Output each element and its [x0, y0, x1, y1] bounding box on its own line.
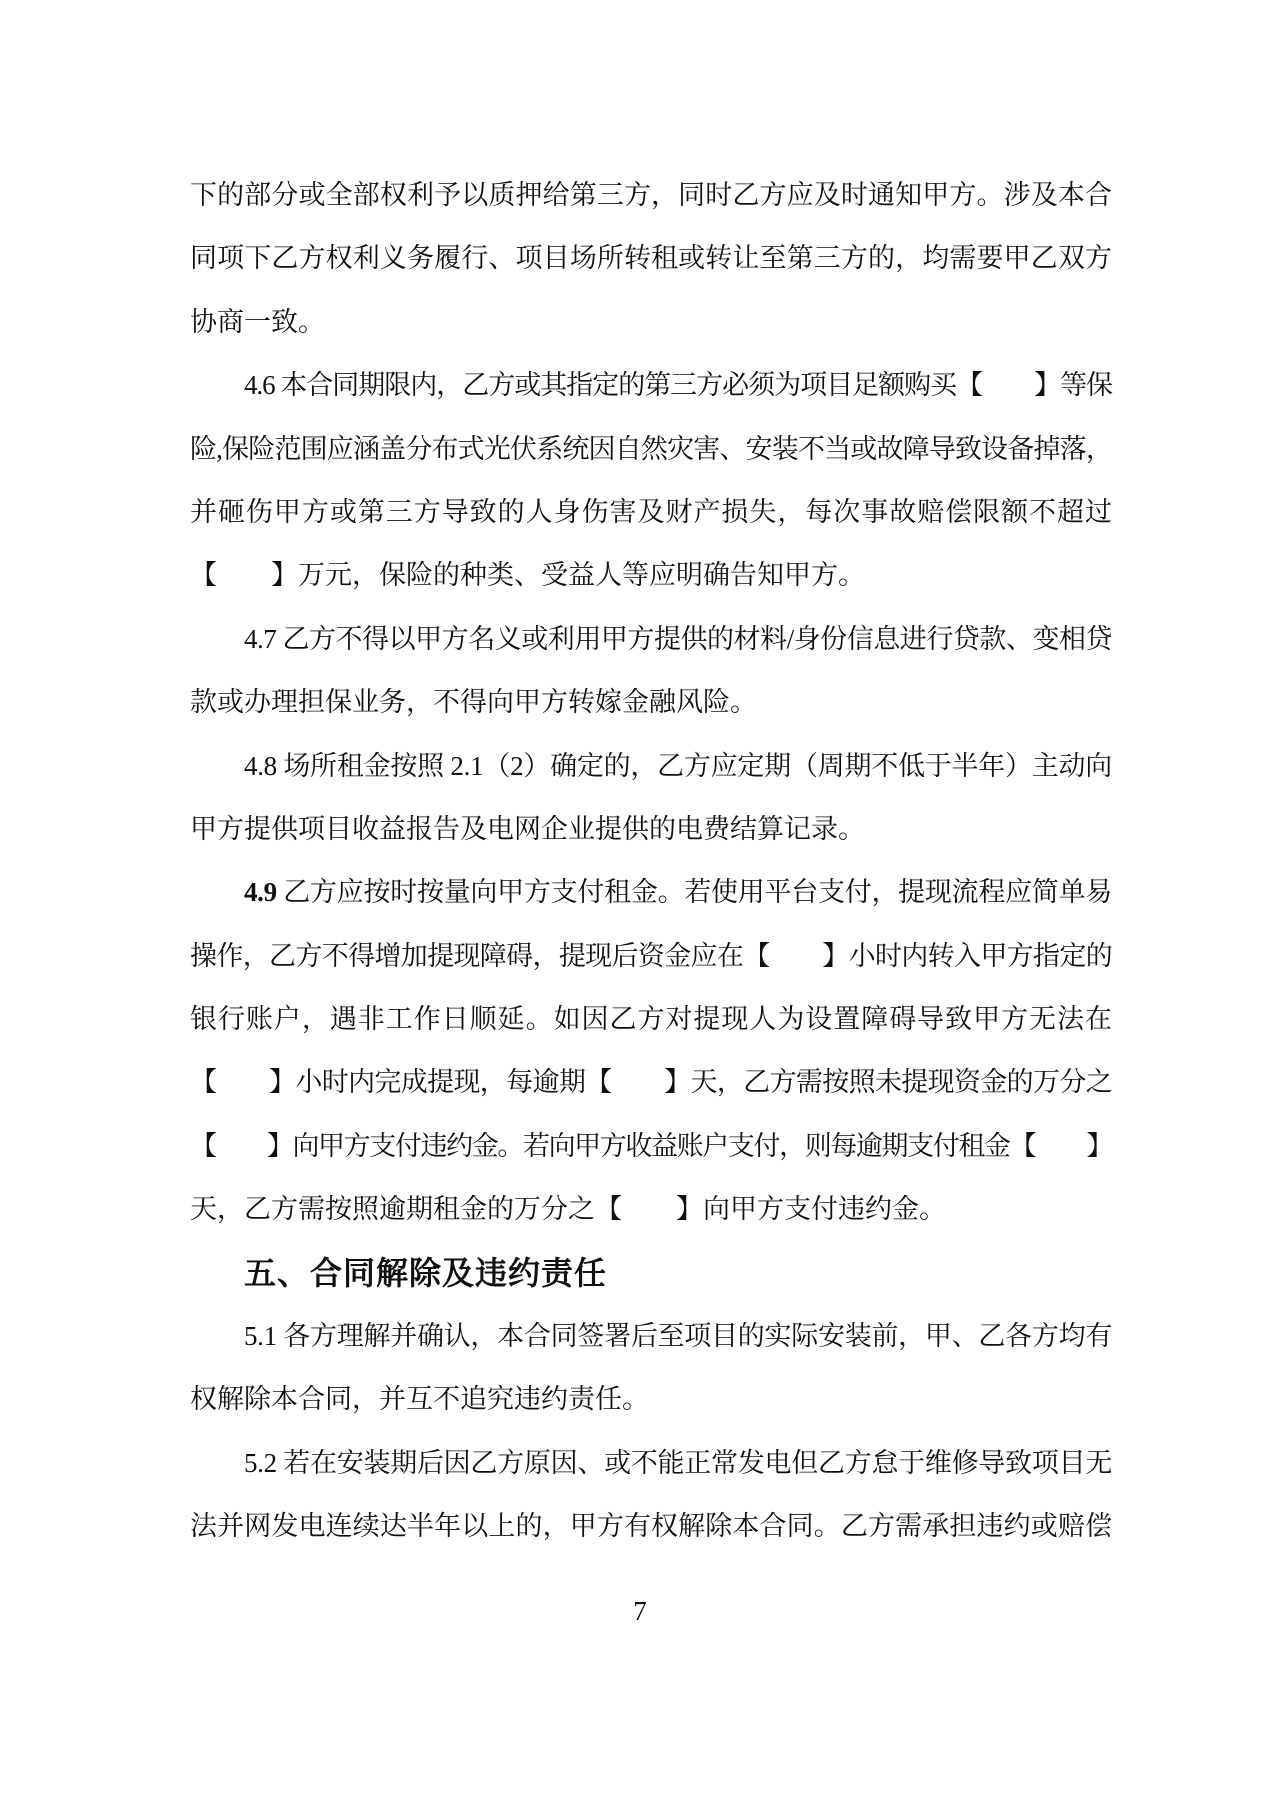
text-line: 甲方提供项目收益报告及电网企业提供的电费结算记录。 — [190, 798, 1112, 861]
clause-number: 4.9 — [244, 877, 277, 907]
text-line: 【 】小时内完成提现，每逾期【 】天，乙方需按照未提现资金的万分之 — [190, 1051, 1112, 1114]
text-line: 同项下乙方权利义务履行、项目场所转租或转让至第三方的，均需要甲乙双方 — [190, 227, 1112, 290]
text-line: 法并网发电连续达半年以上的，甲方有权解除本合同。乙方需承担违约或赔偿 — [190, 1495, 1112, 1558]
page-number: 7 — [0, 1596, 1280, 1627]
text-line: 【 】向甲方支付违约金。若向甲方收益账户支付，则每逾期支付租金【 】 — [190, 1115, 1112, 1178]
text-line: 天，乙方需按照逾期租金的万分之【 】向甲方支付违约金。 — [190, 1178, 1112, 1241]
text-line: 下的部分或全部权利予以质押给第三方，同时乙方应及时通知甲方。涉及本合 — [190, 164, 1112, 227]
text-line: 权解除本合同，并互不追究违约责任。 — [190, 1368, 1112, 1431]
document-page: 下的部分或全部权利予以质押给第三方，同时乙方应及时通知甲方。涉及本合同项下乙方权… — [0, 0, 1280, 1810]
text-line: 5.1 各方理解并确认，本合同签署后至项目的实际安装前，甲、乙各方均有 — [190, 1305, 1112, 1368]
text-line: 并砸伤甲方或第三方导致的人身伤害及财产损失，每次事故赔偿限额不超过 — [190, 481, 1112, 544]
text-line: 款或办理担保业务，不得向甲方转嫁金融风险。 — [190, 671, 1112, 734]
text-line: 4.6 本合同期限内，乙方或其指定的第三方必须为项目足额购买【 】等保 — [190, 354, 1112, 417]
text-line: 5.2 若在安装期后因乙方原因、或不能正常发电但乙方怠于维修导致项目无 — [190, 1432, 1112, 1495]
text-line: 险,保险范围应涵盖分布式光伏系统因自然灾害、安装不当或故障导致设备掉落， — [190, 418, 1112, 481]
text-line: 4.9 乙方应按时按量向甲方支付租金。若使用平台支付，提现流程应简单易 — [190, 861, 1112, 924]
text-line: 银行账户，遇非工作日顺延。如因乙方对提现人为设置障碍导致甲方无法在 — [190, 988, 1112, 1051]
text-line: 4.8 场所租金按照 2.1（2）确定的，乙方应定期（周期不低于半年）主动向 — [190, 735, 1112, 798]
text-line: 4.7 乙方不得以甲方名义或利用甲方提供的材料/身份信息进行贷款、变相贷 — [190, 608, 1112, 671]
section-heading: 五、合同解除及违约责任 — [190, 1242, 1112, 1305]
text-line: 【 】万元，保险的种类、受益人等应明确告知甲方。 — [190, 544, 1112, 607]
text-line: 操作，乙方不得增加提现障碍，提现后资金应在【 】小时内转入甲方指定的 — [190, 925, 1112, 988]
clause-text: 乙方应按时按量向甲方支付租金。若使用平台支付，提现流程应简单易 — [277, 877, 1112, 907]
text-line: 协商一致。 — [190, 291, 1112, 354]
document-body: 下的部分或全部权利予以质押给第三方，同时乙方应及时通知甲方。涉及本合同项下乙方权… — [190, 164, 1112, 1559]
